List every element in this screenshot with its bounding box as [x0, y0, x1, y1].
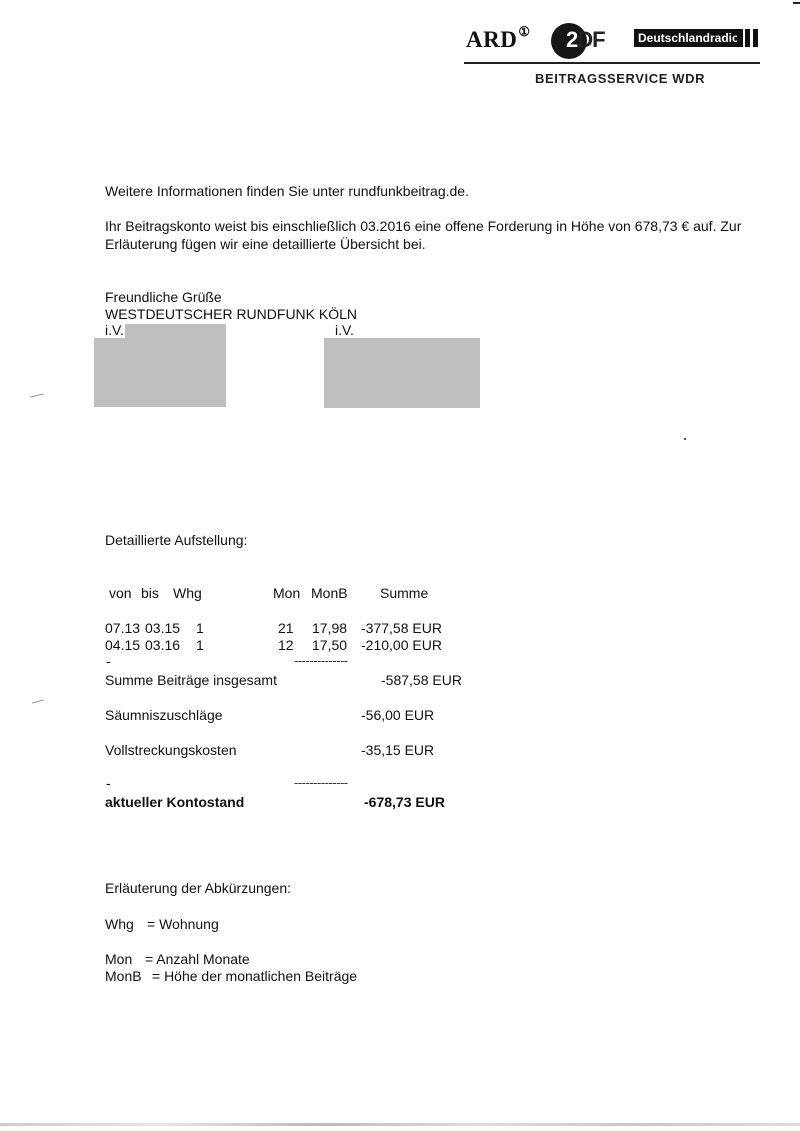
deutschlandradio-bars-icon: [737, 29, 758, 47]
col-header-whg: Whg: [173, 585, 202, 602]
legend-meaning-whg: = Wohnung: [147, 916, 219, 933]
enforcement-costs-value: -35,15 EUR: [361, 742, 434, 759]
divider-dash-1: -: [106, 653, 111, 670]
statement-title: Detaillierte Aufstellung:: [105, 532, 247, 549]
ard-logo: ARD①: [466, 27, 531, 53]
row-1-mon: 21: [278, 620, 294, 637]
legend-meaning-monb: = Höhe der monatlichen Beiträge: [152, 968, 357, 985]
row-2-monb: 17,50: [312, 637, 347, 654]
row-1-whg: 1: [196, 620, 204, 637]
late-fees-label: Säumniszuschläge: [105, 707, 223, 724]
info-line: Weitere Informationen finden Sie unter r…: [105, 183, 469, 200]
col-header-summe: Summe: [380, 585, 428, 602]
row-1-summe: -377,58 EUR: [361, 620, 442, 637]
divider-line-2: --------------: [294, 775, 348, 790]
ard-one-icon: ①: [518, 24, 530, 39]
scan-bottom-edge: [0, 1123, 800, 1126]
balance-label: aktueller Kontostand: [105, 794, 244, 811]
row-2-summe: -210,00 EUR: [361, 637, 442, 654]
legend-abbr-mon: Mon: [105, 951, 132, 968]
scan-corner-mark: [793, 2, 800, 4]
legend-abbr-whg: Whg: [105, 916, 134, 933]
claim-line-1: Ihr Beitragskonto weist bis einschließli…: [105, 218, 741, 235]
closing: Freundliche Grüße: [105, 289, 222, 306]
row-2-whg: 1: [196, 637, 204, 654]
col-header-von: von: [109, 585, 132, 602]
signature-redaction-1: [94, 338, 226, 407]
row-2-mon: 12: [278, 637, 294, 654]
claim-line-2: Erläuterung fügen wir eine detaillierte …: [105, 236, 426, 253]
col-header-bis: bis: [141, 585, 159, 602]
legend-title: Erläuterung der Abkürzungen:: [105, 880, 291, 897]
zdf-logo: 2DF: [566, 27, 605, 53]
signature-redaction-2: [324, 338, 480, 408]
scan-speck: [684, 438, 686, 440]
divider-dash-2: -: [106, 775, 111, 792]
col-header-mon: Mon: [273, 585, 300, 602]
header-divider: [464, 62, 760, 64]
total-contributions-value: -587,58 EUR: [381, 672, 462, 689]
signatory-1-prefix: i.V.: [105, 322, 124, 339]
deutschlandradio-logo: Deutschlandradio: [634, 29, 743, 47]
row-1-monb: 17,98: [312, 620, 347, 637]
legend-meaning-mon: = Anzahl Monate: [145, 951, 250, 968]
balance-value: -678,73 EUR: [364, 794, 445, 811]
col-header-monb: MonB: [311, 585, 348, 602]
row-1-bis: 03.15: [145, 620, 180, 637]
divider-line-1: --------------: [294, 653, 348, 668]
enforcement-costs-label: Vollstreckungskosten: [105, 742, 237, 759]
legend-abbr-monb: MonB: [105, 968, 142, 985]
late-fees-value: -56,00 EUR: [361, 707, 434, 724]
scan-speck: [32, 699, 44, 703]
organization: WESTDEUTSCHER RUNDFUNK KÖLN: [105, 306, 357, 323]
row-2-von: 04.15: [105, 637, 140, 654]
row-1-von: 07.13: [105, 620, 140, 637]
row-2-bis: 03.16: [145, 637, 180, 654]
service-name: BEITRAGSSERVICE WDR: [535, 71, 705, 86]
total-contributions-label: Summe Beiträge insgesamt: [105, 672, 277, 689]
signatory-2-prefix: i.V.: [335, 322, 354, 339]
scan-speck: [30, 394, 44, 398]
